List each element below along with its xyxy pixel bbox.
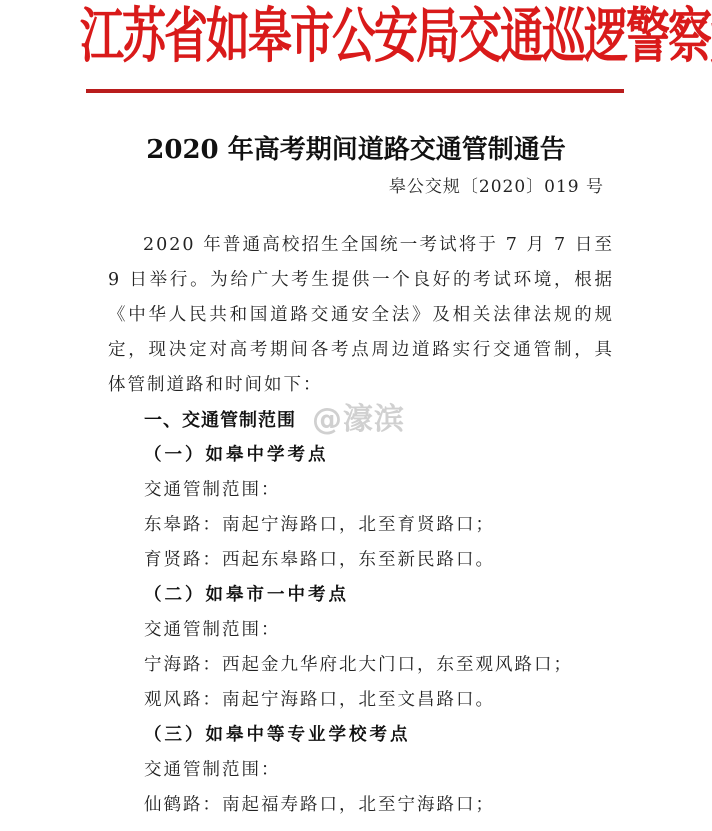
org-letterhead-title: 江苏省如皋市公安局交通巡逻警察大队 [80, 4, 636, 112]
road-item: 观风路：南起宁海路口，北至文昌路口。 [108, 683, 614, 718]
intro-paragraph: 2020 年普通高校招生全国统一考试将于 7 月 7 日至 9 日举行。为给广大… [108, 228, 614, 403]
road-item: 仙鹤路：南起福寿路口，北至宁海路口； [108, 788, 614, 823]
letterhead-divider [86, 89, 624, 93]
section-heading: 一、交通管制范围 [108, 403, 614, 438]
road-item: 育贤路：西起东皋路口，东至新民路口。 [108, 543, 614, 578]
site-heading: （三）如皋中等专业学校考点 [108, 718, 614, 753]
road-item: 宁海路：西起金九华府北大门口，东至观风路口； [108, 648, 614, 683]
document-title: 2020 年高考期间道路交通管制通告 [0, 134, 712, 166]
scope-label: 交通管制范围： [108, 753, 614, 788]
road-item: 东皋路：南起宁海路口，北至育贤路口； [108, 508, 614, 543]
document-body: 2020 年普通高校招生全国统一考试将于 7 月 7 日至 9 日举行。为给广大… [108, 228, 614, 823]
scope-label: 交通管制范围： [108, 473, 614, 508]
site-heading: （二）如皋市一中考点 [108, 578, 614, 613]
document-number: 皋公交规〔2020〕019 号 [389, 172, 604, 197]
scope-label: 交通管制范围： [108, 613, 614, 648]
site-heading: （一）如皋中学考点 [108, 438, 614, 473]
